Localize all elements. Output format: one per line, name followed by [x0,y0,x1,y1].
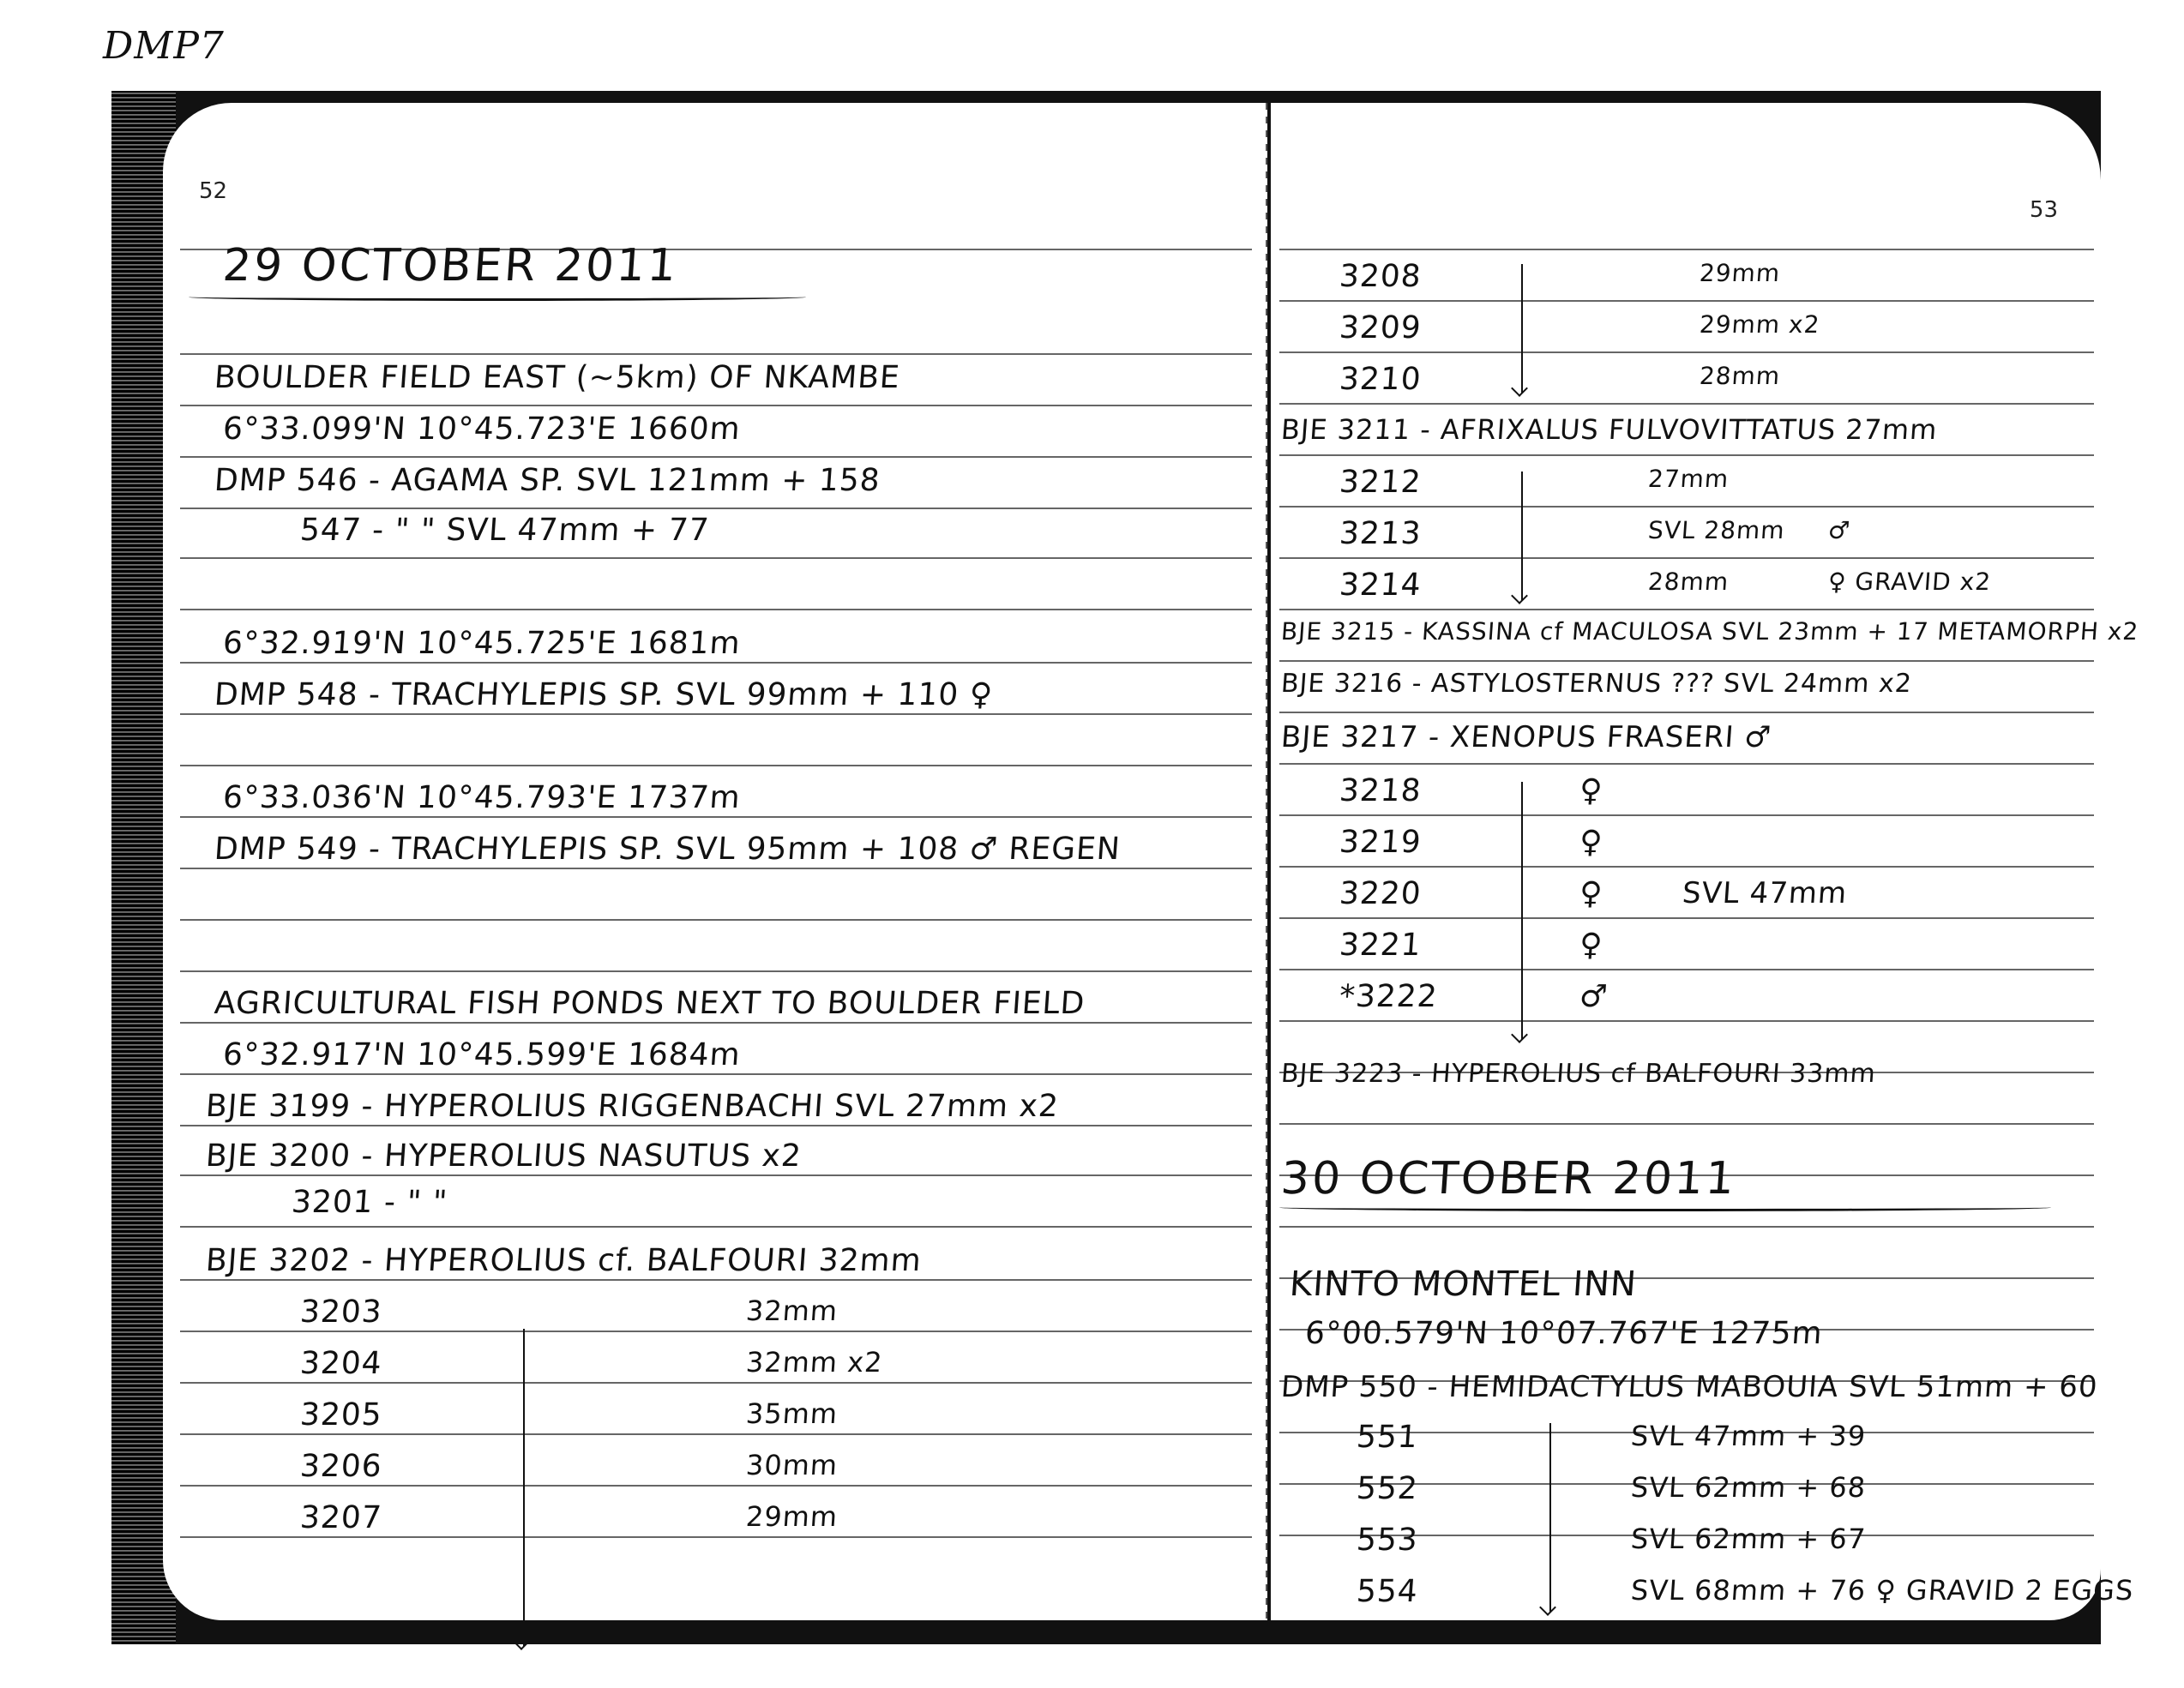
specimen-measurement: 30mm [745,1449,839,1481]
locality-line: BOULDER FIELD EAST (~5km) OF NKAMBE [214,360,902,395]
specimen-number: 3219 [1339,825,1423,860]
specimen-entry: BJE 3223 - HYPEROLIUS cf BALFOURI 33mm [1280,1059,1877,1089]
coordinates-line: 6°33.036'N 10°45.793'E 1737m [222,780,743,815]
specimen-number: 3221 [1339,928,1423,963]
page-gutter [1266,103,1267,1620]
down-arrow-icon [1549,1423,1551,1612]
specimen-number: 3218 [1339,773,1423,808]
specimen-measurement: 35mm [745,1397,839,1430]
specimen-number: 3220 [1339,876,1423,911]
coordinates-line: 6°32.917'N 10°45.599'E 1684m [222,1037,743,1072]
specimen-measurement: SVL 62mm + 68 [1630,1471,1868,1504]
specimen-measurement: SVL 68mm + 76 ♀ GRAVID 2 EGGS [1630,1574,2135,1607]
entry-date: 29 OCTOBER 2011 [221,240,680,291]
specimen-number: 3213 [1339,516,1423,551]
specimen-entry: BJE 3215 - KASSINA cf MACULOSA SVL 23mm … [1280,617,2140,646]
specimen-number: 3207 [299,1500,383,1535]
sex-symbol: ♂ [1579,979,1609,1014]
specimen-entry: DMP 546 - AGAMA SP. SVL 121mm + 158 [214,463,881,498]
left-page: 52 29 OCT [163,103,1267,1620]
specimen-entry: BJE 3199 - HYPEROLIUS RIGGENBACHI SVL 27… [205,1089,1061,1124]
specimen-entry: BJE 3216 - ASTYLOSTERNUS ??? SVL 24mm x2 [1280,669,1913,699]
specimen-entry: 3201 - " " [291,1185,449,1220]
locality-line: AGRICULTURAL FISH PONDS NEXT TO BOULDER … [214,986,1086,1021]
specimen-measurement: SVL 47mm + 39 [1630,1420,1868,1452]
specimen-number: 3206 [299,1449,383,1484]
specimen-measurement: 27mm [1647,465,1730,493]
sex-symbol: ♀ [1579,928,1604,963]
specimen-number: 3208 [1339,259,1423,294]
specimen-entry: BJE 3202 - HYPEROLIUS cf. BALFOURI 32mm [205,1243,924,1278]
specimen-remark: ♂ [1827,516,1851,544]
specimen-measurement: 28mm [1647,568,1730,596]
specimen-number: 3210 [1339,362,1423,397]
down-arrow-icon [1521,472,1523,600]
specimen-measurement: SVL 28mm [1647,516,1786,544]
specimen-entry: BJE 3200 - HYPEROLIUS NASUTUS x2 [205,1138,803,1174]
specimen-measurement: 29mm [745,1500,839,1533]
page-number-right: 53 [2030,197,2058,223]
sex-symbol: ♀ [1579,876,1604,911]
coordinates-line: 6°00.579'N 10°07.767'E 1275m [1304,1316,1825,1351]
down-arrow-icon [1521,782,1523,1039]
specimen-entry: BJE 3211 - AFRIXALUS FULVOVITTATUS 27mm [1280,413,1939,446]
page-number-left: 52 [199,178,227,204]
specimen-measurement: 29mm x2 [1699,310,1821,339]
specimen-number: 554 [1356,1574,1420,1609]
specimen-number: 3205 [299,1397,383,1433]
coordinates-line: 6°32.919'N 10°45.725'E 1681m [222,626,743,661]
specimen-entry: BJE 3217 - XENOPUS FRASERI ♂ [1280,720,1773,754]
specimen-measurement: 32mm x2 [745,1346,884,1379]
entry-date: 30 OCTOBER 2011 [1279,1153,1738,1204]
specimen-remark: ♀ GRAVID x2 [1827,568,1992,596]
specimen-measurement: SVL 62mm + 67 [1630,1523,1868,1555]
sex-symbol: ♀ [1579,773,1604,808]
sex-symbol: ♀ [1579,825,1604,860]
specimen-number: 553 [1356,1523,1420,1558]
right-page: 53 [1271,103,2101,1620]
specimen-measurement: SVL 47mm [1682,876,1849,910]
specimen-entry: DMP 548 - TRACHYLEPIS SP. SVL 99mm + 110… [214,677,995,712]
specimen-measurement: 32mm [745,1295,839,1327]
notebook-spread: 52 29 OCT [111,91,2101,1644]
down-arrow-icon [523,1329,525,1646]
coordinates-line: 6°33.099'N 10°45.723'E 1660m [222,411,743,447]
locality-line: KINTO MONTEL INN [1288,1264,1638,1304]
down-arrow-icon [1521,264,1523,393]
specimen-entry: DMP 549 - TRACHYLEPIS SP. SVL 95mm + 108… [214,832,1122,867]
specimen-number: 3204 [299,1346,383,1381]
specimen-number: 3203 [299,1295,383,1330]
specimen-entry: 547 - " " SVL 47mm + 77 [299,513,711,548]
specimen-number: 3214 [1339,568,1423,603]
specimen-entry: DMP 550 - HEMIDACTYLUS MABOUIA SVL 51mm … [1280,1370,2099,1404]
specimen-number: 3212 [1339,465,1423,500]
date-underline [1279,1204,2051,1211]
specimen-number: 552 [1356,1471,1420,1506]
scan-label: DMP7 [103,24,225,68]
date-underline [189,293,806,301]
specimen-number: 3209 [1339,310,1423,345]
specimen-number: *3222 [1339,979,1439,1014]
specimen-measurement: 28mm [1699,362,1781,390]
specimen-number: 551 [1356,1420,1420,1455]
specimen-measurement: 29mm [1699,259,1781,287]
